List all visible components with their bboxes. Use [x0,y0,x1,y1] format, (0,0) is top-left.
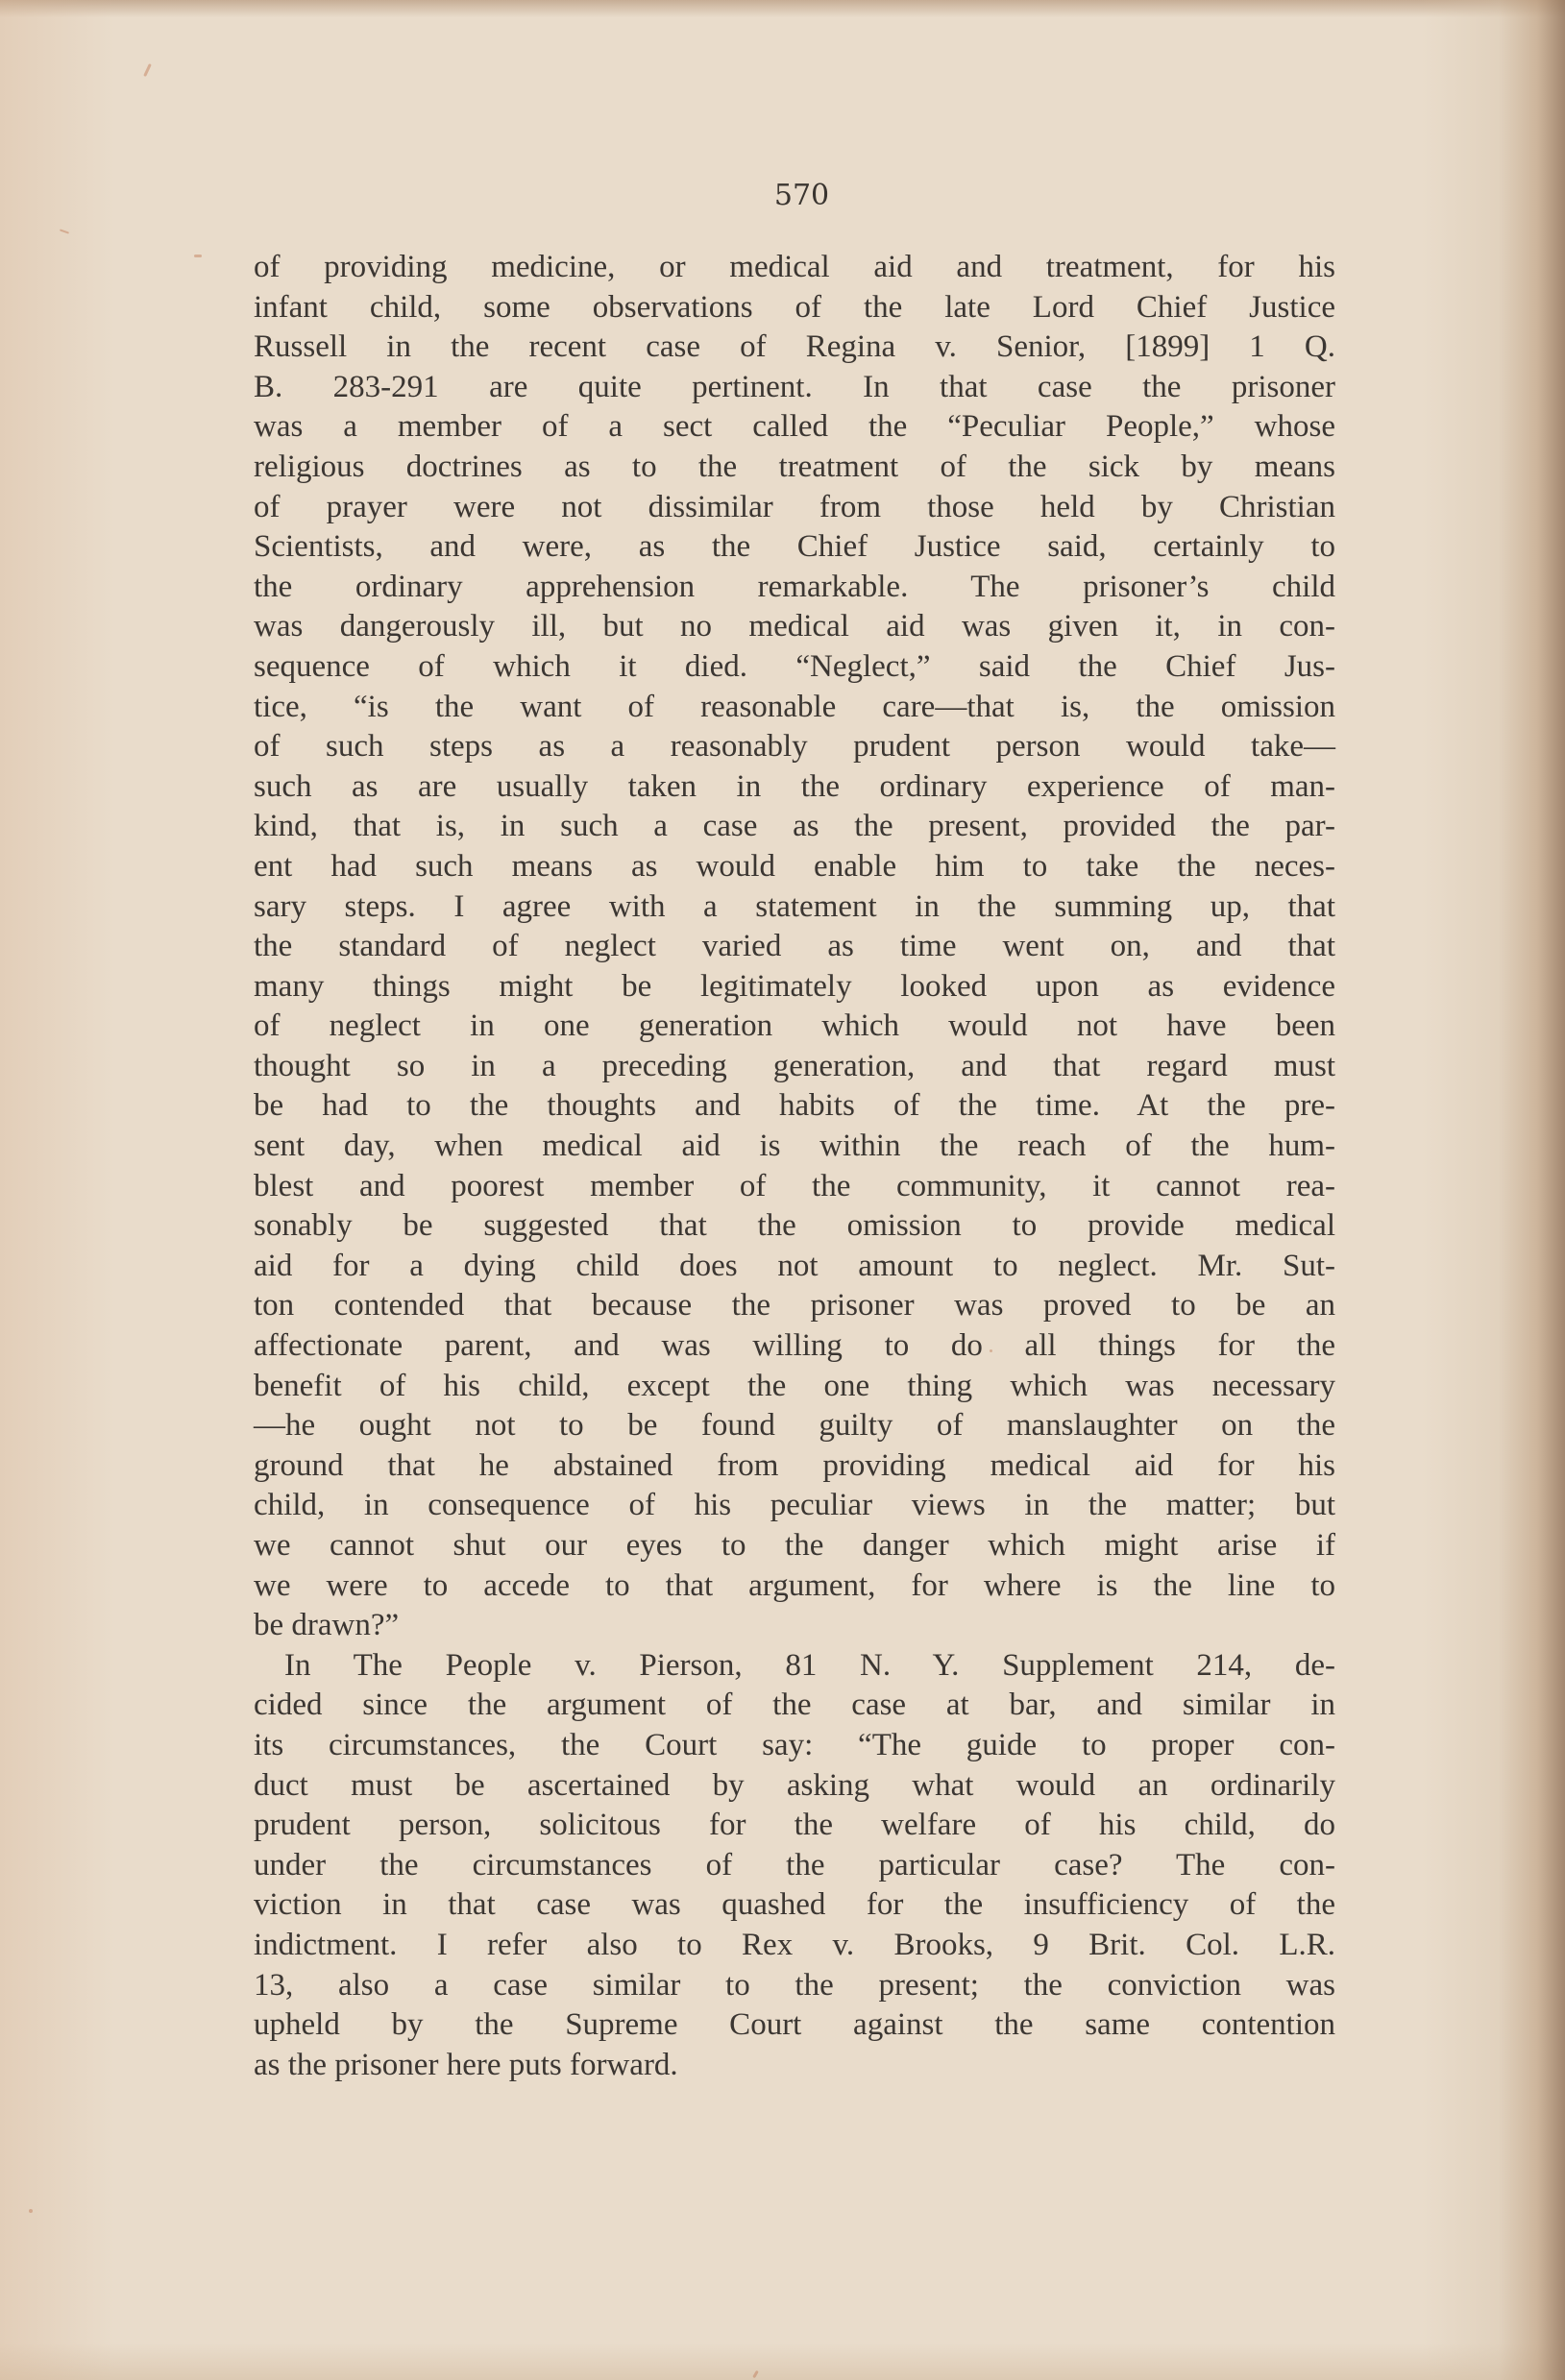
text-line: infant child, some observations of the l… [254,288,1335,328]
text-line: —he ought not to be found guilty of mans… [254,1406,1335,1446]
text-line: be drawn?” [254,1606,1335,1646]
text-line: child, in consequence of his peculiar vi… [254,1486,1335,1526]
paper-speck [143,63,152,77]
text-line: under the circumstances of the particula… [254,1846,1335,1886]
text-line: kind, that is, in such a case as the pre… [254,807,1335,847]
paper-speck [60,229,69,233]
text-line: of prayer were not dissimilar from those… [254,488,1335,528]
text-line: tice, “is the want of reasonable care—th… [254,688,1335,728]
paragraph-quote-continuation: of providing medicine, or medical aid an… [254,248,1335,1646]
page-number: 570 [0,179,1565,212]
text-line: affectionate parent, and was willing to … [254,1326,1335,1367]
text-line: ton contended that because the prisoner … [254,1286,1335,1326]
text-line: cided since the argument of the case at … [254,1686,1335,1726]
text-line: indictment. I refer also to Rex v. Brook… [254,1926,1335,1966]
text-line: upheld by the Supreme Court against the … [254,2005,1335,2046]
text-line: blest and poorest member of the communit… [254,1167,1335,1207]
text-line: of such steps as a reasonably prudent pe… [254,727,1335,767]
text-line: B. 283-291 are quite pertinent. In that … [254,368,1335,408]
text-line: sequence of which it died. “Neglect,” sa… [254,647,1335,688]
text-line: be had to the thoughts and habits of the… [254,1086,1335,1127]
text-line: In The People v. Pierson, 81 N. Y. Suppl… [254,1646,1335,1687]
paper-speck [29,2209,33,2213]
text-line: many things might be legitimately looked… [254,967,1335,1008]
text-line: Russell in the recent case of Regina v. … [254,328,1335,368]
text-line: we cannot shut our eyes to the danger wh… [254,1526,1335,1566]
text-line: 13, also a case similar to the present; … [254,1966,1335,2006]
text-line: Scientists, and were, as the Chief Justi… [254,527,1335,568]
scanned-page: 570 of providing medicine, or medical ai… [0,0,1565,2380]
paragraph-people-v-pierson: In The People v. Pierson, 81 N. Y. Suppl… [254,1646,1335,2086]
text-line: prudent person, solicitous for the welfa… [254,1806,1335,1846]
text-line: the ordinary apprehension remarkable. Th… [254,568,1335,608]
text-line: its circumstances, the Court say: “The g… [254,1726,1335,1766]
text-line: aid for a dying child does not amount to… [254,1247,1335,1287]
text-line: religious doctrines as to the treatment … [254,448,1335,488]
text-line: of providing medicine, or medical aid an… [254,248,1335,288]
text-line: thought so in a preceding generation, an… [254,1047,1335,1087]
text-line: such as are usually taken in the ordinar… [254,767,1335,808]
text-line: as the prisoner here puts forward. [254,2046,1335,2086]
body-text: of providing medicine, or medical aid an… [254,248,1335,2085]
paper-speck [752,2370,759,2378]
text-line: benefit of his child, except the one thi… [254,1367,1335,1407]
text-line: ent had such means as would enable him t… [254,847,1335,887]
text-line: viction in that case was quashed for the… [254,1885,1335,1926]
text-line: duct must be ascertained by asking what … [254,1766,1335,1807]
text-line: ground that he abstained from providing … [254,1446,1335,1487]
text-line: the standard of neglect varied as time w… [254,927,1335,967]
text-line: we were to accede to that argument, for … [254,1566,1335,1607]
text-line: sonably be suggested that the omission t… [254,1206,1335,1247]
text-line: of neglect in one generation which would… [254,1007,1335,1047]
paper-speck [194,255,202,257]
text-line: was dangerously ill, but no medical aid … [254,607,1335,647]
text-line: sent day, when medical aid is within the… [254,1127,1335,1167]
text-line: sary steps. I agree with a statement in … [254,887,1335,928]
text-line: was a member of a sect called the “Pecul… [254,407,1335,448]
